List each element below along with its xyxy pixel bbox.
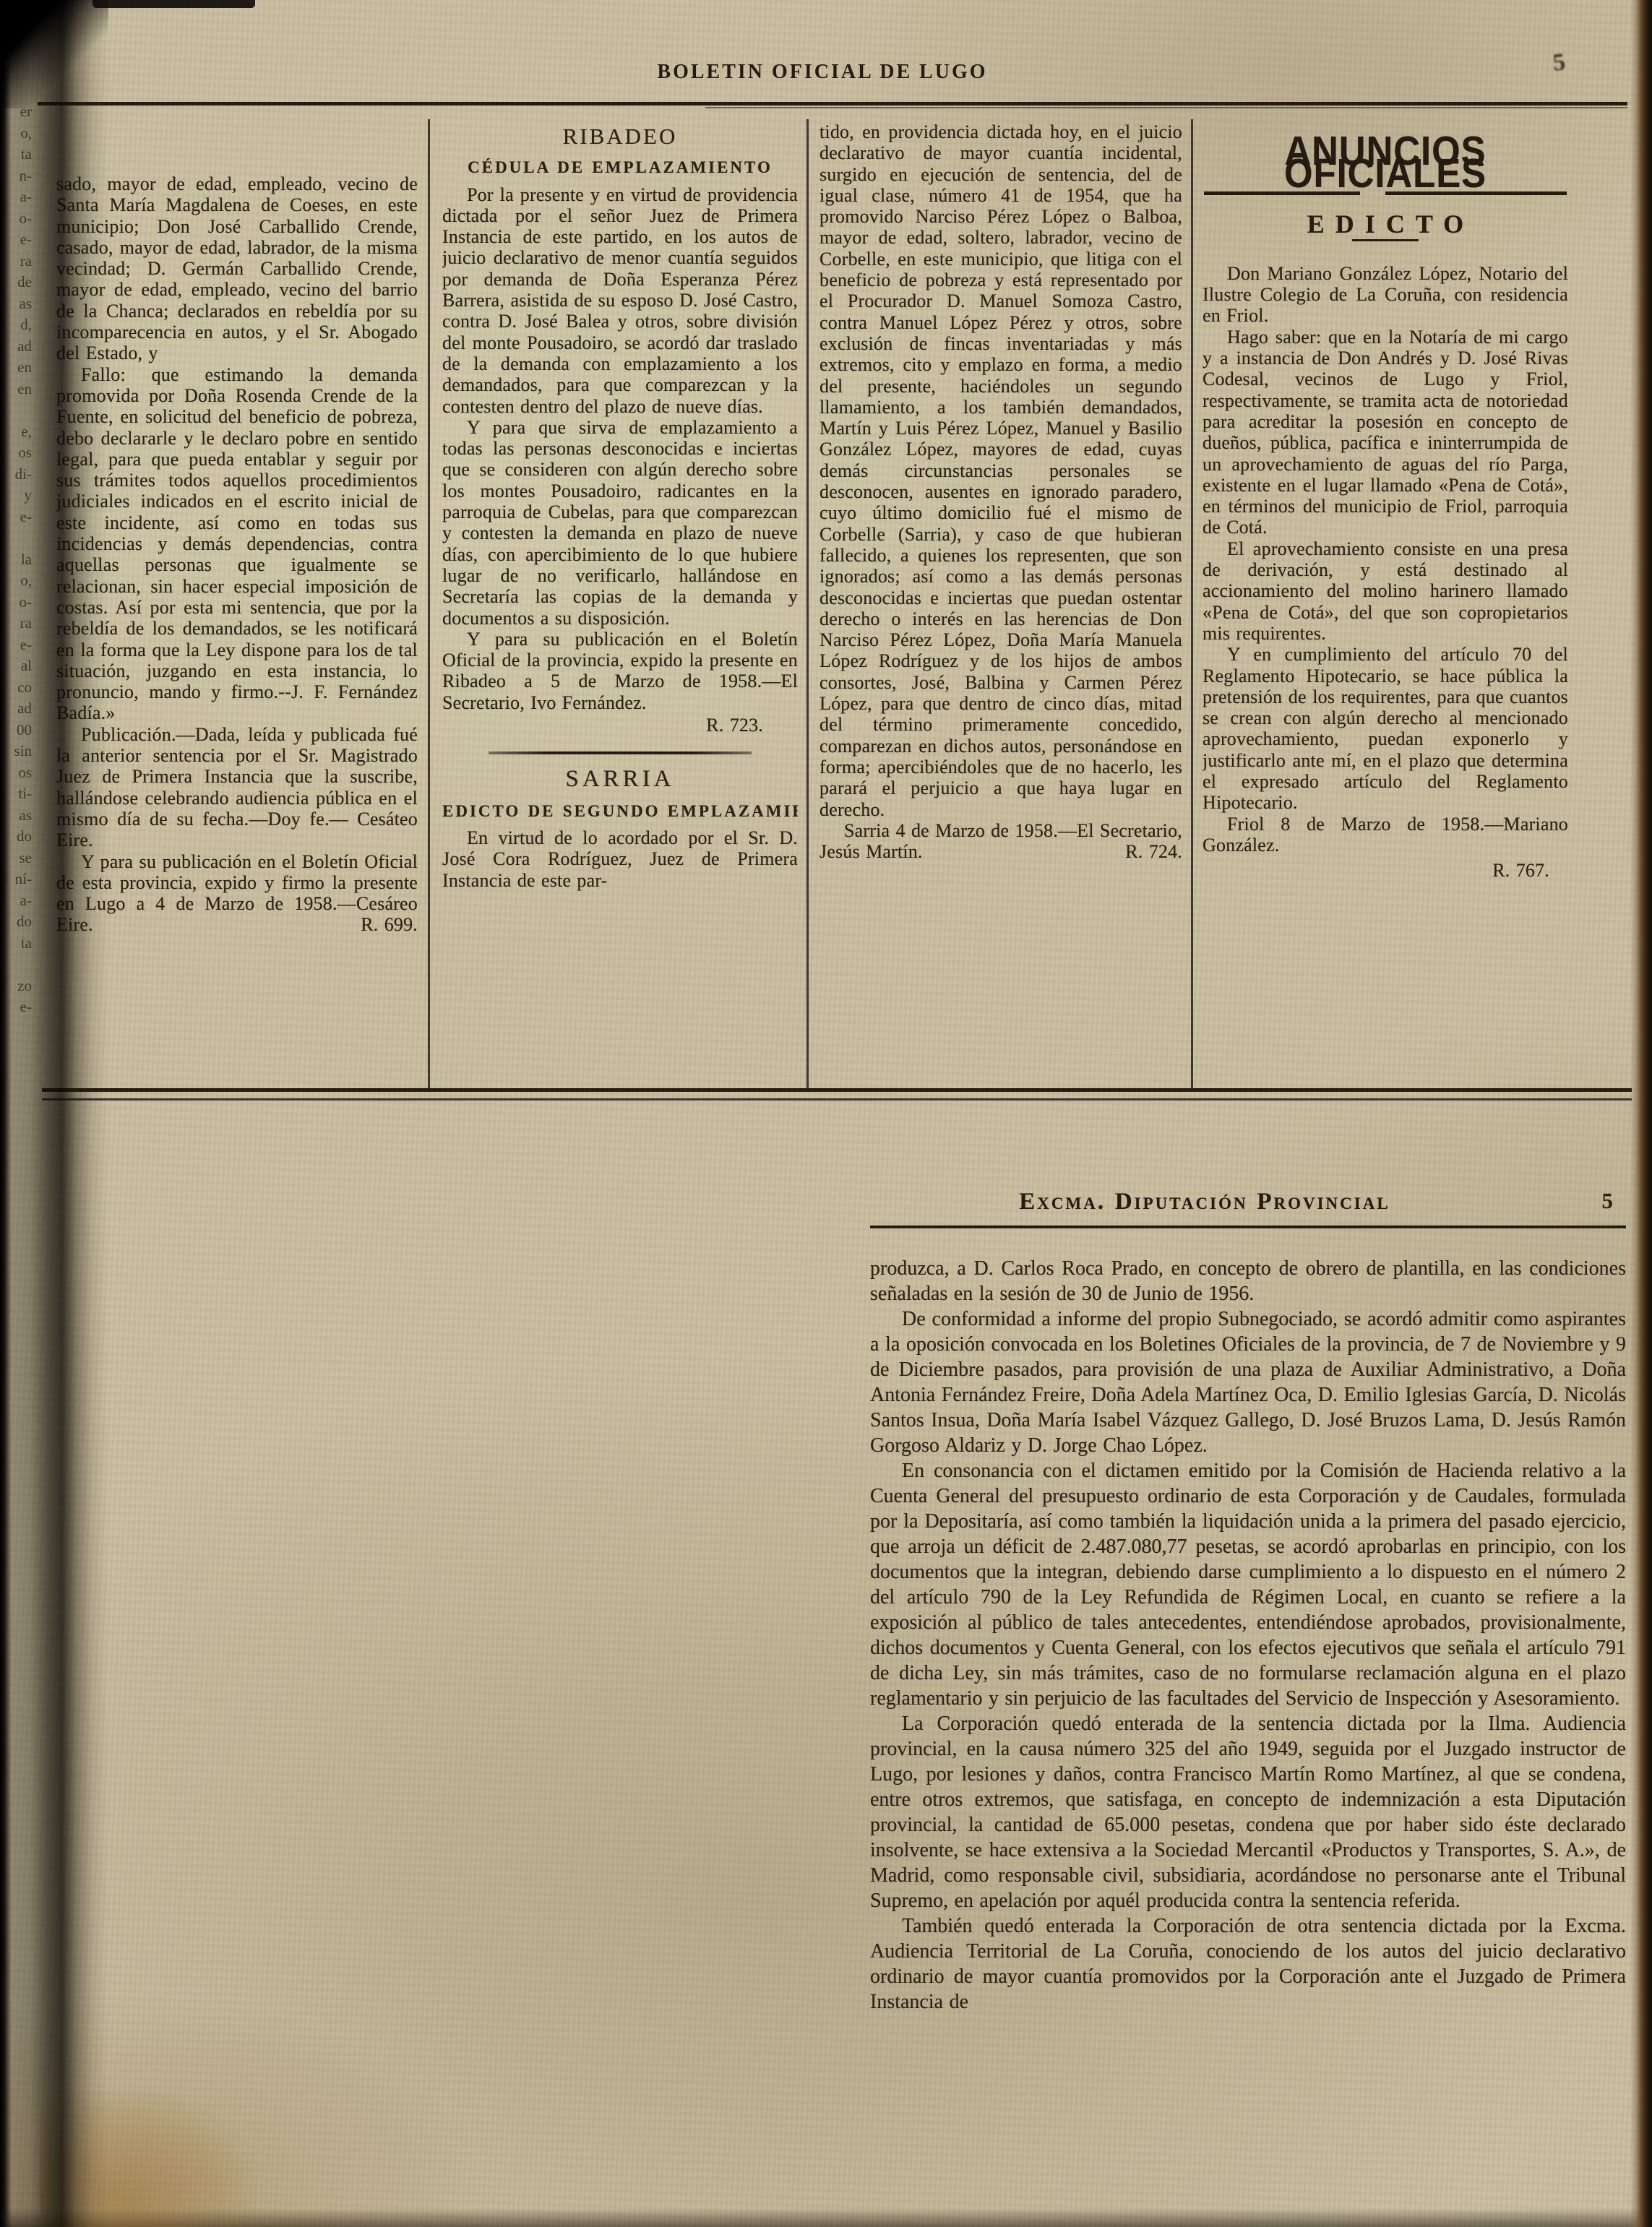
gutter-text-fragment: co (3, 677, 32, 699)
gutter-text-fragment: zo (3, 975, 32, 997)
gutter-text-fragment: d, (3, 314, 32, 336)
reference-number: R. 724. (1101, 841, 1182, 862)
paragraph: Publicación.—Dada, leída y publicada fué… (56, 724, 418, 851)
paragraph: El aprovechamiento consiste en una presa… (1203, 538, 1568, 644)
paragraph: Don Mariano González López, Notario del … (1203, 263, 1568, 327)
section-separator-rule (42, 1088, 1632, 1100)
paragraph: tido, en providencia dictada hoy, en el … (819, 121, 1182, 820)
paragraph: Por la presente y en virtud de providenc… (442, 184, 798, 417)
gutter-text-fragment: en (3, 357, 32, 379)
gutter-text-fragment: 00 (3, 720, 32, 741)
paragraph: En virtud de lo acordado por el Sr. D. J… (442, 827, 798, 891)
scan-corner-shadow (0, 0, 108, 108)
heading-rule (1352, 239, 1419, 241)
gutter-text-fragment (3, 400, 32, 421)
gutter-text-fragment: ad (3, 336, 32, 358)
scan-edge-mark (93, 0, 255, 8)
gutter-text-fragment: e- (3, 996, 32, 1018)
column-rule (428, 119, 430, 1091)
gutter-text-fragment: ad (3, 698, 32, 720)
paragraph: La Corporación quedó enterada de la sent… (870, 1711, 1626, 1913)
gutter-text-fragment: la (3, 549, 32, 571)
gutter-text-fragment: di- (3, 464, 32, 486)
gutter-text-fragment: ra (3, 251, 32, 272)
gutter-text-fragment (3, 527, 32, 549)
gutter-text-fragment: do (3, 826, 32, 848)
reference-number: R. 699. (336, 914, 418, 935)
column-4: ANUNCIOS OFICIALES EDICTO Don Mariano Go… (1203, 121, 1568, 1085)
paragraph: Y en cumplimiento del artículo 70 del Re… (1203, 644, 1568, 813)
reference-line: R. 767. (1203, 860, 1568, 881)
gutter-text-fragment (3, 954, 32, 975)
masthead: BOLETIN OFICIAL DE LUGO (43, 61, 1601, 84)
gutter-text-fragment: de (3, 272, 32, 293)
gutter-text-fragment: e- (3, 507, 32, 528)
diputacion-header: Excma. Diputación Provincial 5 (870, 1189, 1626, 1215)
diputacion-title: Excma. Diputación Provincial (1019, 1189, 1390, 1215)
edicto-heading: EDICTO (1203, 214, 1568, 235)
section-heading-ribadeo: RIBADEO (442, 126, 798, 147)
gutter-text-fragment: al (3, 655, 32, 677)
paper-stain (40, 2090, 257, 2227)
paragraph: En consonancia con el dictamen emitido p… (870, 1458, 1626, 1711)
paragraph: Sarria 4 de Marzo de 1958.—El Secretario… (819, 820, 1182, 863)
gutter-text-fragment: en (3, 379, 32, 400)
gutter-text-fragment: e- (3, 634, 32, 656)
gutter-text-fragment: se (3, 848, 32, 869)
gutter-text-fragment: n- (3, 165, 32, 187)
column-rule (806, 119, 809, 1091)
gutter-text-fragment: a- (3, 186, 32, 208)
gutter-text-fragment: e, (3, 421, 32, 443)
section-subheading: CÉDULA DE EMPLAZAMIENTO (442, 157, 798, 178)
paragraph: produzca, a D. Carlos Roca Prado, en con… (870, 1256, 1626, 1306)
diputacion-section: Excma. Diputación Provincial 5 produzca,… (870, 1189, 1626, 2015)
gutter-text-fragment: sin (3, 741, 32, 762)
gutter-text-fragment: os (3, 762, 32, 784)
page-number-top: 5 (1552, 48, 1567, 77)
gutter-text-fragment: as (3, 805, 32, 827)
paragraph: sado, mayor de edad, empleado, vecino de… (56, 173, 418, 364)
column-2: RIBADEO CÉDULA DE EMPLAZAMIENTO Por la p… (442, 121, 798, 1085)
column-rule (1191, 119, 1193, 1091)
gutter-text-fragment: ní- (3, 869, 32, 890)
section-heading-sarria: SARRIA (442, 769, 798, 790)
reference-number: R. 723. (706, 715, 763, 736)
gutter-text-fragment: os (3, 442, 32, 464)
column-3: tido, en providencia dictada hoy, en el … (819, 121, 1182, 1085)
scanned-bulletin-page: ero,tan-a-o-e-radeasd,adenene,osdi-ye-la… (0, 0, 1652, 2227)
gutter-text-fragment: do (3, 911, 32, 933)
gutter-text-fragment: ta (3, 933, 32, 955)
paragraph: Y para su publicación en el Boletín Ofic… (56, 851, 418, 936)
paragraph: También quedó enterada la Corporación de… (870, 1913, 1626, 2015)
gutter-text-fragment: ra (3, 613, 32, 634)
column-1: sado, mayor de edad, empleado, vecino de… (56, 121, 418, 1137)
page-number: 5 (1602, 1188, 1614, 1213)
paragraph: Y para su publicación en el Boletín Ofic… (442, 629, 798, 713)
gutter-text-fragment: o, (3, 123, 32, 145)
gutter-text-fragment: o- (3, 208, 32, 230)
section-divider (489, 751, 752, 754)
masthead-rule (38, 102, 1627, 105)
gutter-text-fragment: o, (3, 570, 32, 592)
gutter-text-fragment: ti- (3, 783, 32, 805)
paragraph: Y para que sirva de emplazamiento a toda… (442, 417, 798, 629)
gutter-text-fragment: y (3, 485, 32, 507)
anuncios-oficiales-heading: ANUNCIOS OFICIALES (1210, 140, 1561, 185)
gutter-text-fragment: er (3, 101, 32, 123)
page-right-edge (1630, 0, 1652, 2227)
page-bottom-edge (0, 2208, 1652, 2227)
gutter-text-fragment: ta (3, 144, 32, 165)
paragraph: Fallo: que estimando la demanda promovid… (56, 364, 418, 724)
gutter-text-fragment: e- (3, 229, 32, 251)
paragraph: Hago saber: que en la Notaría de mi carg… (1203, 327, 1568, 538)
diputacion-rule (870, 1226, 1626, 1228)
paragraph: De conformidad a informe del propio Subn… (870, 1306, 1626, 1458)
gutter-text-fragment: a- (3, 890, 32, 912)
gutter-text-fragment: as (3, 293, 32, 315)
facing-page-text-fragments: ero,tan-a-o-e-radeasd,adenene,osdi-ye-la… (3, 101, 32, 1018)
reference-line: R. 723. (442, 715, 798, 736)
gutter-text-fragment: o- (3, 592, 32, 613)
reference-number: R. 767. (1492, 860, 1549, 881)
section-subheading: EDICTO DE SEGUNDO EMPLAZAMIENTO (442, 801, 798, 822)
paragraph: Friol 8 de Marzo de 1958.—Mariano Gonzál… (1203, 814, 1568, 856)
masthead-title: BOLETIN OFICIAL DE LUGO (657, 61, 987, 84)
